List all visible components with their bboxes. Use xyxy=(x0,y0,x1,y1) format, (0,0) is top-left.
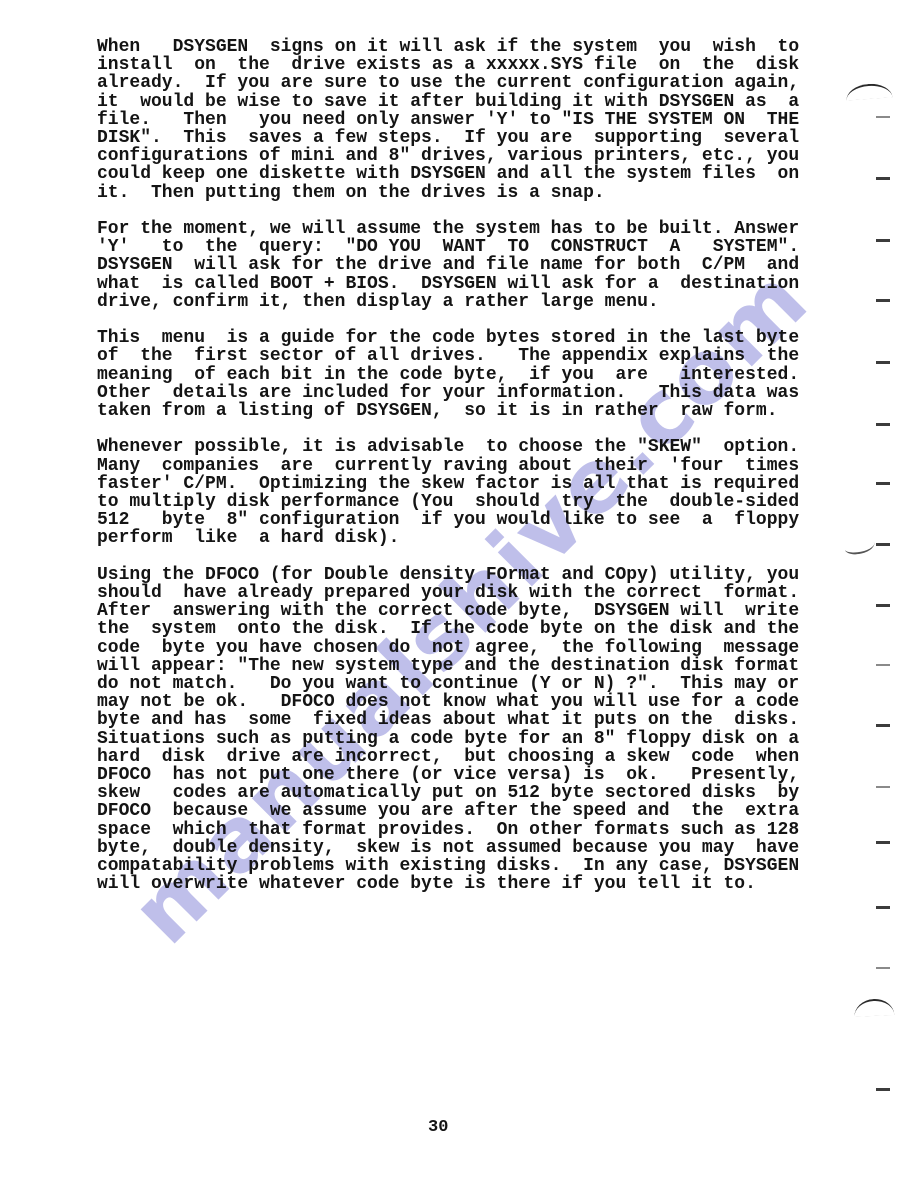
scan-artifact-dash xyxy=(876,482,890,485)
scan-artifact-dash xyxy=(876,724,890,727)
body-text: When DSYSGEN signs on it will ask if the… xyxy=(97,38,799,912)
paragraph-1: When DSYSGEN signs on it will ask if the… xyxy=(97,38,799,202)
scan-artifact-dash xyxy=(876,543,890,546)
scan-artifact-dash xyxy=(876,299,890,302)
scan-artifact-dash xyxy=(876,604,890,607)
scan-artifact-dash xyxy=(876,906,890,909)
scan-artifact-dash xyxy=(876,177,890,180)
scan-artifact-arc-bottom xyxy=(854,998,895,1017)
paragraph-4: Whenever possible, it is advisable to ch… xyxy=(97,438,799,547)
paragraph-5: Using the DFOCO (for Double density FOrm… xyxy=(97,566,799,894)
scan-artifact-dash xyxy=(876,116,890,118)
document-page: manualshive.com When DSYSGEN signs on it… xyxy=(0,0,918,1188)
scan-artifact-dash xyxy=(876,361,890,364)
paragraph-2: For the moment, we will assume the syste… xyxy=(97,220,799,311)
scan-artifact-squiggle xyxy=(845,542,876,555)
scan-artifact-dash xyxy=(876,786,890,788)
scan-artifact-dash xyxy=(876,1088,890,1091)
scan-artifact-dash xyxy=(876,841,890,844)
page-number: 30 xyxy=(428,1118,448,1137)
scan-artifact-dash xyxy=(876,423,890,426)
scan-artifact-dash xyxy=(876,239,890,242)
scan-artifact-dash xyxy=(876,664,890,666)
scan-artifact-dash xyxy=(876,967,890,969)
scan-artifact-arc-top xyxy=(846,82,893,100)
paragraph-3: This menu is a guide for the code bytes … xyxy=(97,329,799,420)
